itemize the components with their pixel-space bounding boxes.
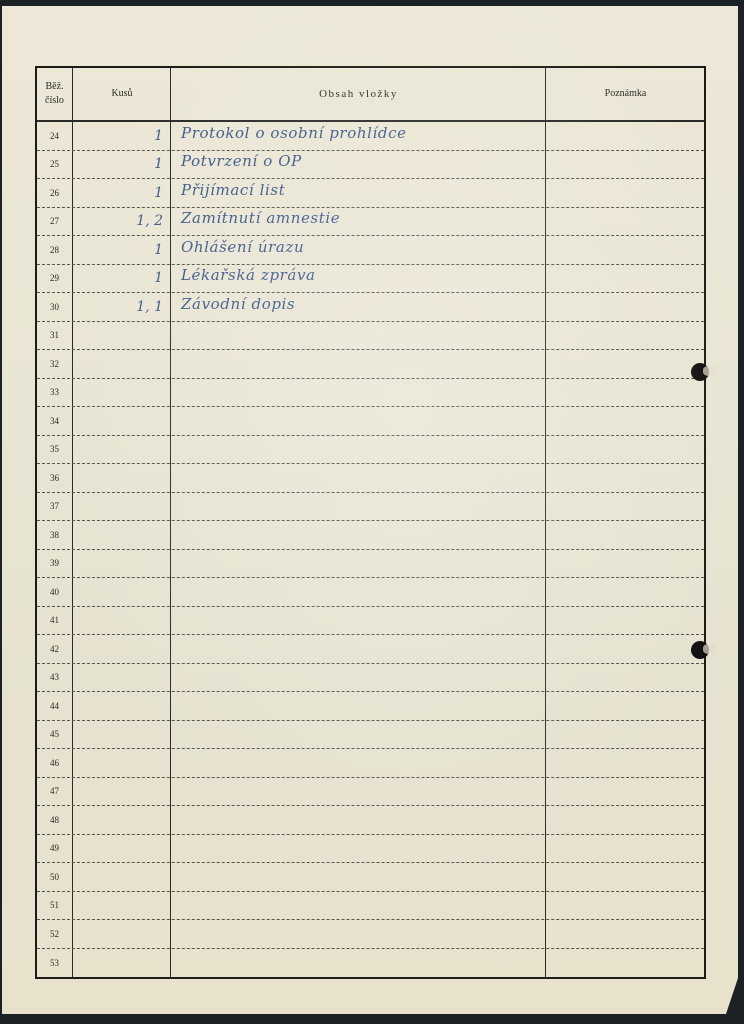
row-note: [547, 949, 704, 978]
row-count: [73, 635, 167, 663]
row-note: [547, 379, 704, 407]
row-note: [547, 578, 704, 606]
row-number: 51: [37, 892, 72, 920]
row-note: [547, 721, 704, 749]
header-count: Kusů: [73, 68, 171, 126]
row-note: [547, 265, 704, 293]
row-count: [73, 664, 167, 692]
row-number: 50: [37, 863, 72, 891]
row-number: 52: [37, 920, 72, 948]
row-number: 24: [37, 122, 72, 150]
row-number: 34: [37, 407, 72, 435]
row-note: [547, 778, 704, 806]
row-count: 1, 2: [73, 208, 167, 236]
row-note: [547, 892, 704, 920]
row-note: [547, 806, 704, 834]
row-note: [547, 664, 704, 692]
paper-sheet: Běž. číslo Kusů Obsah vložky Poznámka 24…: [2, 6, 738, 1014]
header-number-line1: Běž.: [45, 80, 64, 94]
row-note: [547, 493, 704, 521]
row-count: [73, 521, 167, 549]
header-number: Běž. číslo: [37, 68, 72, 120]
row-note: [547, 692, 704, 720]
header-note: Poznámka: [547, 68, 704, 126]
row-number: 40: [37, 578, 72, 606]
row-number: 35: [37, 436, 72, 464]
row-number: 29: [37, 265, 72, 293]
row-number: 26: [37, 179, 72, 207]
row-count: [73, 464, 167, 492]
row-note: [547, 749, 704, 777]
row-count: 1: [73, 151, 167, 179]
table-body: 241Protokol o osobní prohlídce251Potvrze…: [37, 122, 704, 977]
row-number: 49: [37, 835, 72, 863]
row-number: 48: [37, 806, 72, 834]
row-number: 46: [37, 749, 72, 777]
row-number: 31: [37, 322, 72, 350]
row-note: [547, 407, 704, 435]
row-count: 1: [73, 265, 167, 293]
row-content: [173, 943, 543, 978]
table-row: 53: [37, 949, 704, 978]
row-count: 1: [73, 236, 167, 264]
row-note: [547, 635, 704, 663]
row-number: 33: [37, 379, 72, 407]
punch-hole: [691, 363, 709, 381]
row-count: [73, 806, 167, 834]
row-count: [73, 692, 167, 720]
row-count: 1, 1: [73, 293, 167, 321]
row-count: [73, 892, 167, 920]
row-count: 1: [73, 179, 167, 207]
row-number: 27: [37, 208, 72, 236]
header-number-line2: číslo: [45, 94, 64, 108]
row-count: [73, 607, 167, 635]
row-number: 38: [37, 521, 72, 549]
row-number: 39: [37, 550, 72, 578]
row-count: [73, 749, 167, 777]
row-count: [73, 322, 167, 350]
row-number: 53: [37, 949, 72, 978]
row-count: [73, 721, 167, 749]
row-count: [73, 578, 167, 606]
row-note: [547, 236, 704, 264]
row-note: [547, 920, 704, 948]
row-number: 37: [37, 493, 72, 521]
row-note: [547, 122, 704, 150]
row-note: [547, 835, 704, 863]
row-note: [547, 179, 704, 207]
row-note: [547, 436, 704, 464]
row-number: 47: [37, 778, 72, 806]
row-number: 43: [37, 664, 72, 692]
row-note: [547, 464, 704, 492]
row-note: [547, 293, 704, 321]
row-note: [547, 350, 704, 378]
row-count: [73, 493, 167, 521]
row-note: [547, 208, 704, 236]
row-number: 25: [37, 151, 72, 179]
row-note: [547, 550, 704, 578]
row-number: 30: [37, 293, 72, 321]
header-content: Obsah vložky: [171, 68, 546, 120]
row-number: 42: [37, 635, 72, 663]
row-count: [73, 350, 167, 378]
row-note: [547, 607, 704, 635]
row-note: [547, 151, 704, 179]
row-count: [73, 550, 167, 578]
row-count: [73, 379, 167, 407]
row-count: [73, 949, 167, 978]
torn-corner: [726, 978, 738, 1014]
row-number: 44: [37, 692, 72, 720]
row-number: 45: [37, 721, 72, 749]
register-table: Běž. číslo Kusů Obsah vložky Poznámka 24…: [35, 66, 706, 979]
row-count: [73, 863, 167, 891]
row-count: [73, 920, 167, 948]
row-count: [73, 778, 167, 806]
row-count: [73, 407, 167, 435]
row-note: [547, 322, 704, 350]
row-note: [547, 521, 704, 549]
row-number: 28: [37, 236, 72, 264]
table-header: Běž. číslo Kusů Obsah vložky Poznámka: [37, 68, 704, 122]
row-number: 32: [37, 350, 72, 378]
row-count: 1: [73, 122, 167, 150]
row-count: [73, 835, 167, 863]
row-number: 41: [37, 607, 72, 635]
row-count: [73, 436, 167, 464]
row-number: 36: [37, 464, 72, 492]
row-note: [547, 863, 704, 891]
punch-hole: [691, 641, 709, 659]
